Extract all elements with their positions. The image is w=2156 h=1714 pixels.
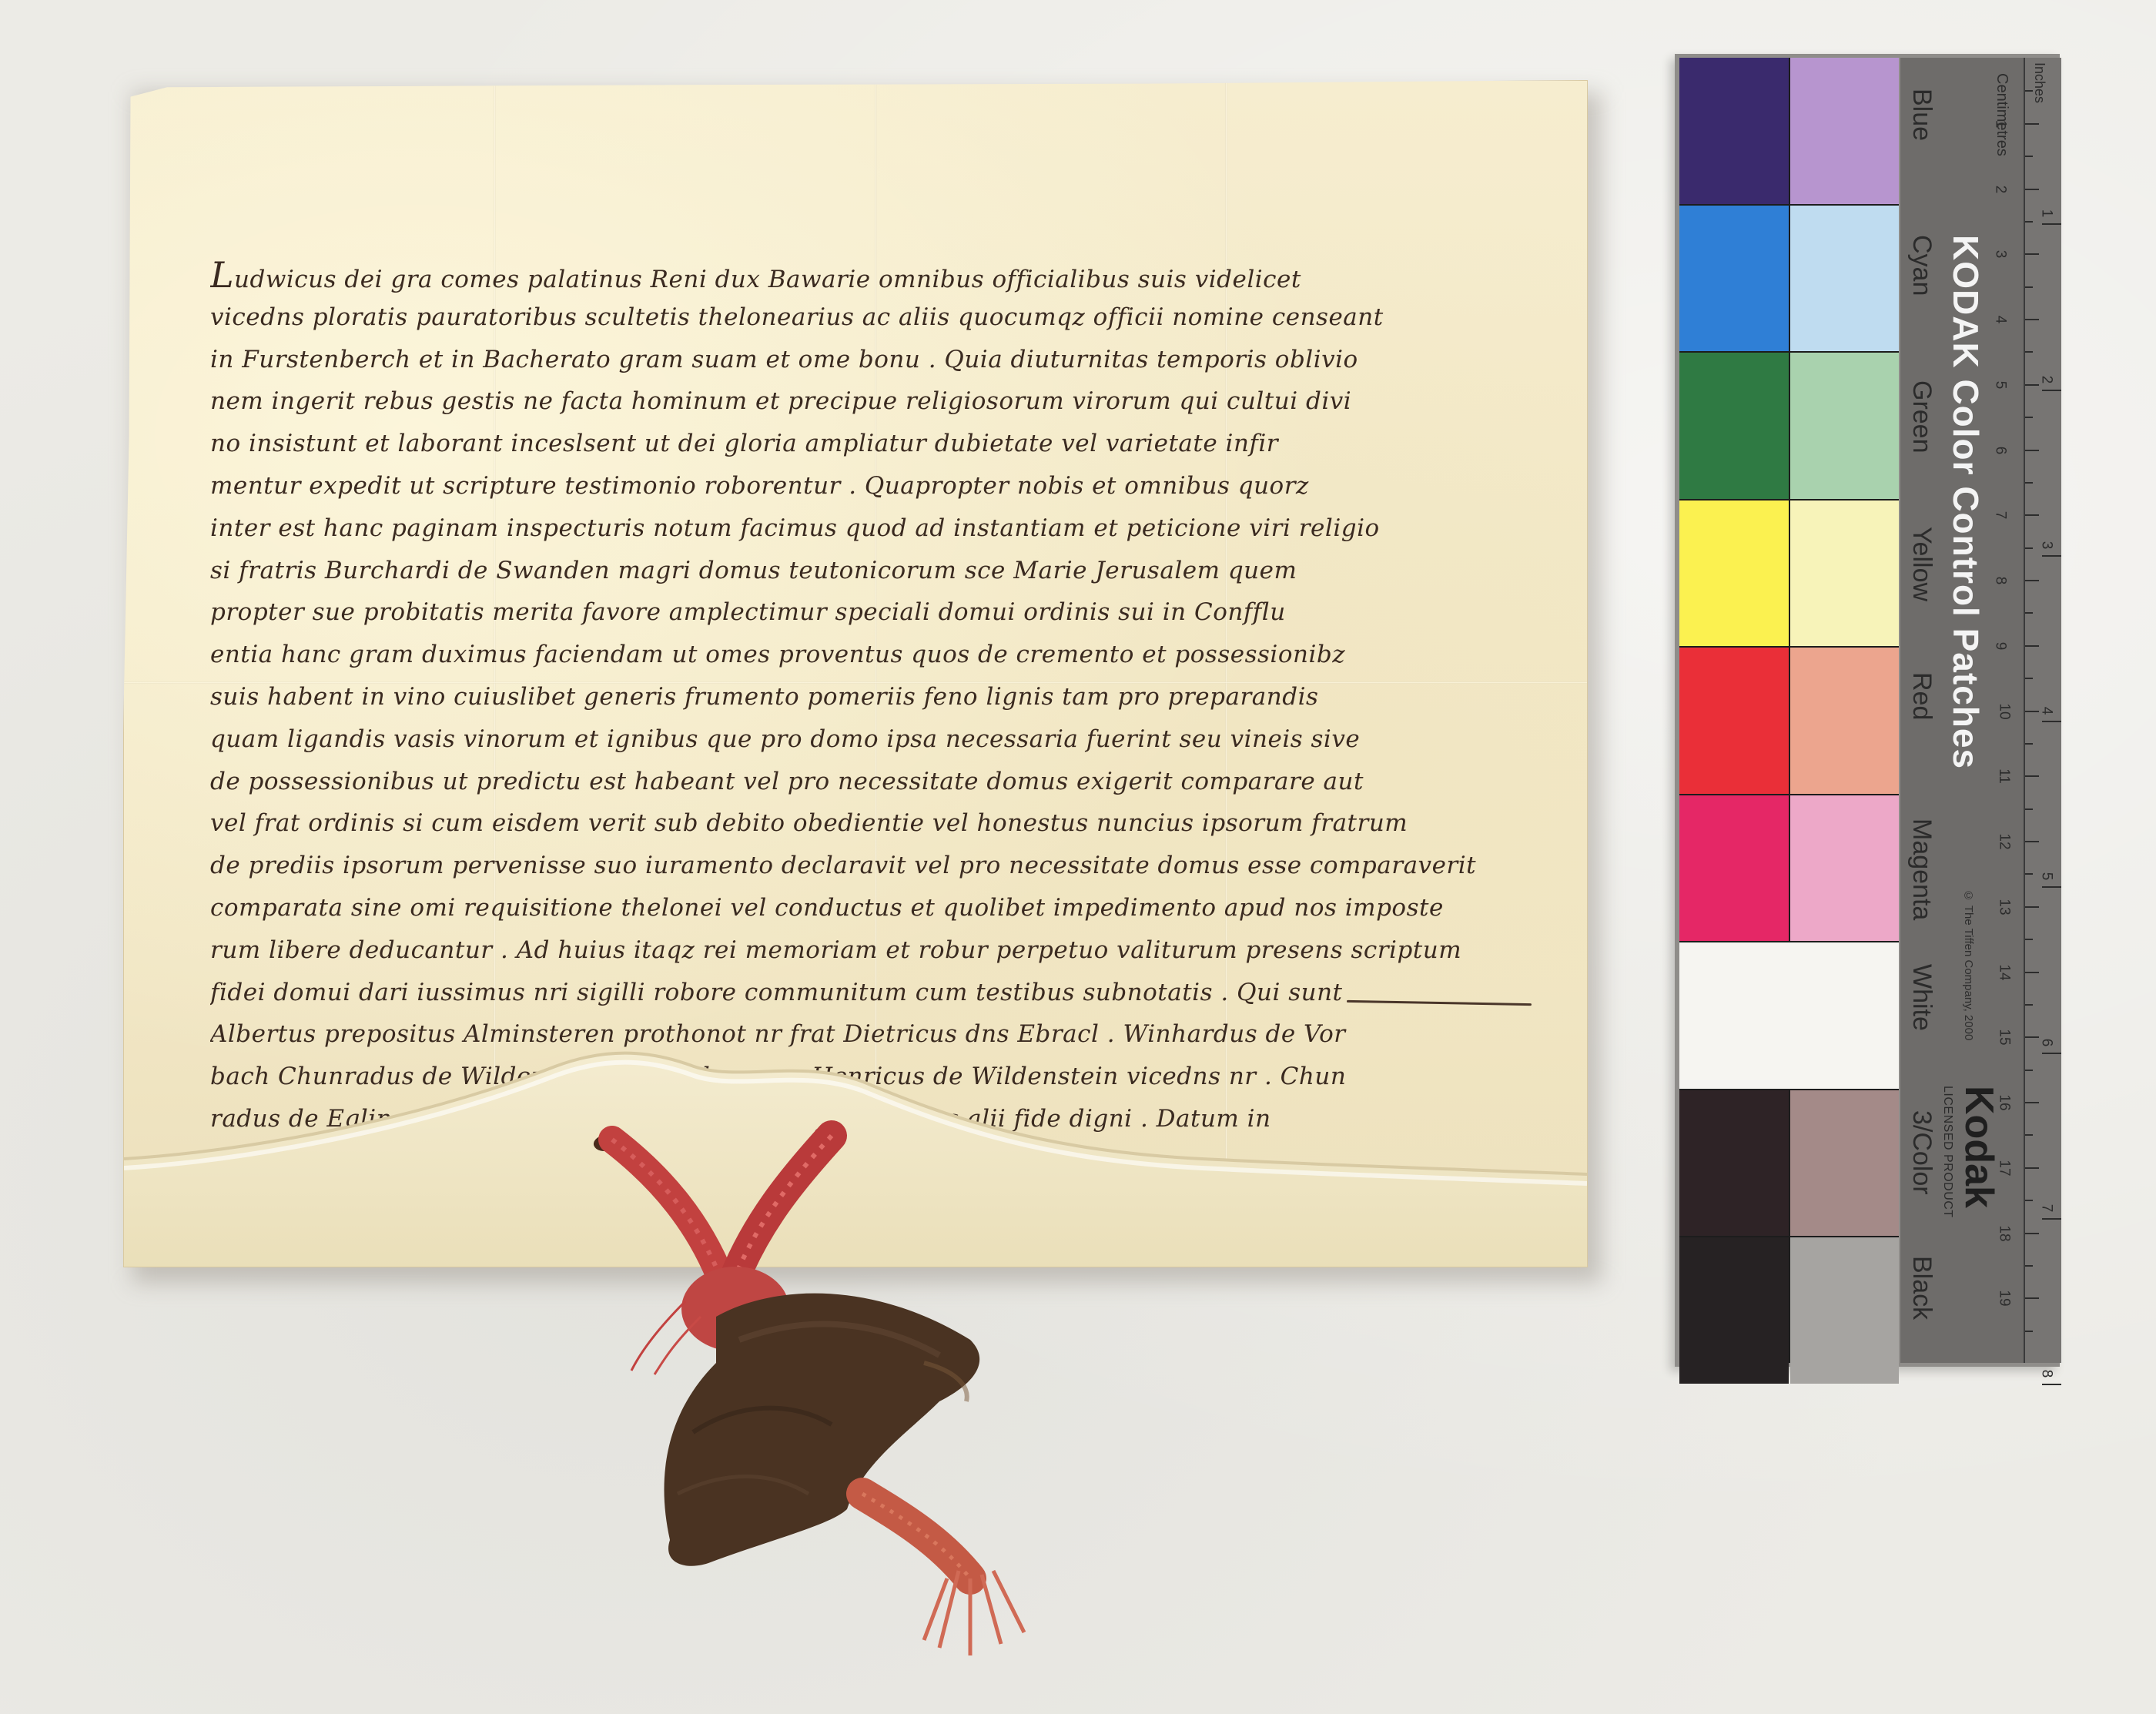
- centimetres-label: Centimetres: [1993, 73, 2010, 156]
- inch-number: 2: [2037, 375, 2054, 383]
- ruler-tick: [2025, 189, 2039, 190]
- ruler-tick: [2025, 1102, 2039, 1103]
- centimetre-number: 14: [1996, 964, 2013, 980]
- inch-tick: [2042, 1053, 2061, 1054]
- charter-line: de prediis ipsorum pervenisse suo iurame…: [210, 845, 1581, 887]
- ruler-tick: [2025, 221, 2033, 223]
- inch-number: 6: [2037, 1038, 2054, 1046]
- patch-label: Black: [1907, 1256, 1937, 1320]
- centimetre-number: 2: [1991, 185, 2008, 193]
- charter-line: quam ligandis vasis vinorum et ignibus q…: [210, 718, 1581, 761]
- charter-line: in Furstenberch et in Bacherato gram sua…: [210, 339, 1581, 381]
- ruler-tick: [2025, 841, 2039, 842]
- patch-white-wide: [1679, 942, 1899, 1089]
- inch-tick: [2042, 223, 2061, 225]
- centimetre-number: 1: [1991, 119, 2008, 128]
- parchment-sheet: Ludwicus dei gra comes palatinus Reni du…: [123, 80, 1588, 1267]
- centimetre-number: 17: [1996, 1160, 2013, 1176]
- patch-label: White: [1907, 964, 1937, 1031]
- ruler-tick: [2025, 547, 2033, 549]
- centimetre-number: 13: [1996, 899, 2013, 915]
- patch-magenta-dark: [1679, 795, 1789, 942]
- patch-label: Yellow: [1907, 527, 1937, 601]
- patch-cyan-dark: [1679, 206, 1789, 352]
- patch-label: Blue: [1907, 89, 1937, 141]
- inch-tick: [2042, 886, 2061, 888]
- centimetre-number: 3: [1991, 250, 2008, 259]
- ruler-tick: [2025, 873, 2033, 875]
- inch-tick: [2042, 555, 2061, 557]
- ruler-tick: [2025, 1070, 2033, 1071]
- ruler-tick: [2025, 580, 2039, 581]
- centimetre-number: 15: [1996, 1029, 2013, 1046]
- centimetre-number: 12: [1996, 833, 2013, 849]
- inch-tick: [2042, 1384, 2061, 1385]
- patch-yellow-light: [1790, 500, 1900, 647]
- pendant-seal: [539, 1109, 1078, 1709]
- ruler-tick: [2025, 808, 2033, 810]
- centimetre-number: 10: [1996, 703, 2013, 719]
- ruler-tick: [2025, 253, 2039, 255]
- ruler-tick: [2025, 514, 2039, 516]
- color-control-card: Centimetres KODAK Color Control Patches …: [1675, 54, 2060, 1367]
- patch-green-dark: [1679, 353, 1789, 499]
- patch-label: 3/Color: [1907, 1110, 1937, 1195]
- charter-line: propter sue probitatis merita favore amp…: [210, 591, 1581, 634]
- ruler-tick: [2025, 743, 2033, 745]
- ruler-tick: [2025, 1331, 2033, 1332]
- patch-magenta-light: [1790, 795, 1900, 942]
- color-patches: [1679, 58, 1899, 1363]
- ruler-tick: [2025, 351, 2033, 353]
- inch-number: 4: [2037, 707, 2054, 715]
- ruler-tick: [2025, 1200, 2033, 1201]
- ruler-tick: [2025, 906, 2039, 908]
- ruler-tick: [2025, 90, 2033, 92]
- ruler-tick: [2025, 1134, 2033, 1136]
- charter-line: vel frat ordinis si cum eisdem verit sub…: [210, 802, 1581, 845]
- ruler-tick: [2025, 1233, 2039, 1234]
- centimetre-number: 8: [1991, 577, 2008, 585]
- inch-number: 3: [2037, 541, 2054, 549]
- inch-number: 7: [2037, 1204, 2054, 1213]
- inch-tick: [2042, 390, 2061, 391]
- ruler-tick: [2025, 678, 2033, 679]
- patch-label: Magenta: [1907, 819, 1937, 920]
- centimetre-number: 16: [1996, 1094, 2013, 1110]
- ruler-tick: [2025, 482, 2033, 484]
- inches-label: Inches: [2031, 62, 2047, 103]
- ruler-tick: [2025, 1004, 2033, 1006]
- centimetre-number: 5: [1991, 380, 2008, 389]
- ruler-tick: [2025, 123, 2039, 125]
- patch-label: Red: [1907, 672, 1937, 720]
- patch-yellow-dark: [1679, 500, 1789, 647]
- ruler-tick: [2025, 450, 2039, 451]
- patch-label: Cyan: [1907, 235, 1937, 296]
- patch-red-light: [1790, 648, 1900, 794]
- centimetre-number: 19: [1996, 1291, 2013, 1307]
- inch-number: 1: [2037, 209, 2054, 218]
- ruler-tick: [2025, 1167, 2039, 1169]
- ruler-tick: [2025, 1297, 2039, 1299]
- charter-line: vicedns ploratis pauratoribus scultetis …: [210, 296, 1581, 339]
- ruler-tick: [2025, 1265, 2033, 1267]
- patch-label: Green: [1907, 380, 1937, 454]
- ruler-tick: [2025, 286, 2033, 288]
- inch-tick: [2042, 721, 2061, 722]
- charter-line: no insistunt et laborant inceslsent ut d…: [210, 423, 1581, 465]
- card-title: KODAK Color Control Patches: [1945, 235, 1987, 769]
- centimetre-number: 6: [1991, 446, 2008, 454]
- patch-3-color-dark: [1679, 1090, 1789, 1237]
- ruler-tick: [2025, 972, 2039, 973]
- inch-tick: [2042, 1218, 2061, 1220]
- ruler-tick: [2025, 417, 2033, 418]
- centimetre-number: 4: [1991, 316, 2008, 324]
- ruler-tick: [2025, 939, 2033, 940]
- scale-panel: Centimetres KODAK Color Control Patches …: [1900, 58, 2060, 1363]
- inch-number: 5: [2037, 872, 2054, 881]
- charter-line: mentur expedit ut scripture testimonio r…: [210, 465, 1581, 507]
- patch-black-light: [1790, 1237, 1900, 1384]
- ruler-tick: [2025, 319, 2039, 320]
- charter-line: inter est hanc paginam inspecturis notum…: [210, 507, 1581, 550]
- patch-green-light: [1790, 353, 1900, 499]
- patch-3-color-light: [1790, 1090, 1900, 1237]
- centimetre-number: 18: [1996, 1225, 2013, 1241]
- licensed-product-label: LICENSED PRODUCT: [1940, 1086, 1954, 1218]
- patch-black-dark: [1679, 1237, 1789, 1384]
- ruler-tick: [2025, 775, 2039, 777]
- charter-line: fidei domui dari iussimus nri sigilli ro…: [210, 972, 1581, 1014]
- charter-line: si fratris Burchardi de Swanden magri do…: [210, 550, 1581, 592]
- patch-red-dark: [1679, 648, 1789, 794]
- patch-cyan-light: [1790, 206, 1900, 352]
- charter-line: suis habent in vino cuiuslibet generis f…: [210, 676, 1581, 718]
- ruler-tick: [2025, 645, 2039, 647]
- patch-blue-light: [1790, 58, 1900, 204]
- ruler-tick: [2025, 156, 2033, 157]
- centimetre-number: 11: [1995, 768, 2012, 784]
- charter: Ludwicus dei gra comes palatinus Reni du…: [123, 80, 1594, 1274]
- charter-line: rum libere deducantur . Ad huius itaqz r…: [210, 929, 1581, 972]
- copyright-text: © The Tiffen Company, 2000: [1962, 889, 1975, 1040]
- charter-line: entia hanc gram duximus faciendam ut ome…: [210, 634, 1581, 676]
- ruler-tick: [2025, 384, 2039, 386]
- charter-line: de possessionibus ut predictu est habean…: [210, 761, 1581, 803]
- charter-line: comparata sine omi requisitione thelonei…: [210, 887, 1581, 929]
- inch-number: 8: [2037, 1370, 2054, 1378]
- charter-line: nem ingerit rebus gestis ne facta hominu…: [210, 380, 1581, 423]
- patch-blue-dark: [1679, 58, 1789, 204]
- ruler: Inches 123456789101112131415161718191234…: [2024, 58, 2061, 1363]
- ruler-tick: [2025, 612, 2033, 614]
- centimetre-number: 7: [1991, 511, 2008, 520]
- charter-line: Ludwicus dei gra comes palatinus Reni du…: [210, 254, 1581, 296]
- centimetre-number: 9: [1991, 641, 2008, 650]
